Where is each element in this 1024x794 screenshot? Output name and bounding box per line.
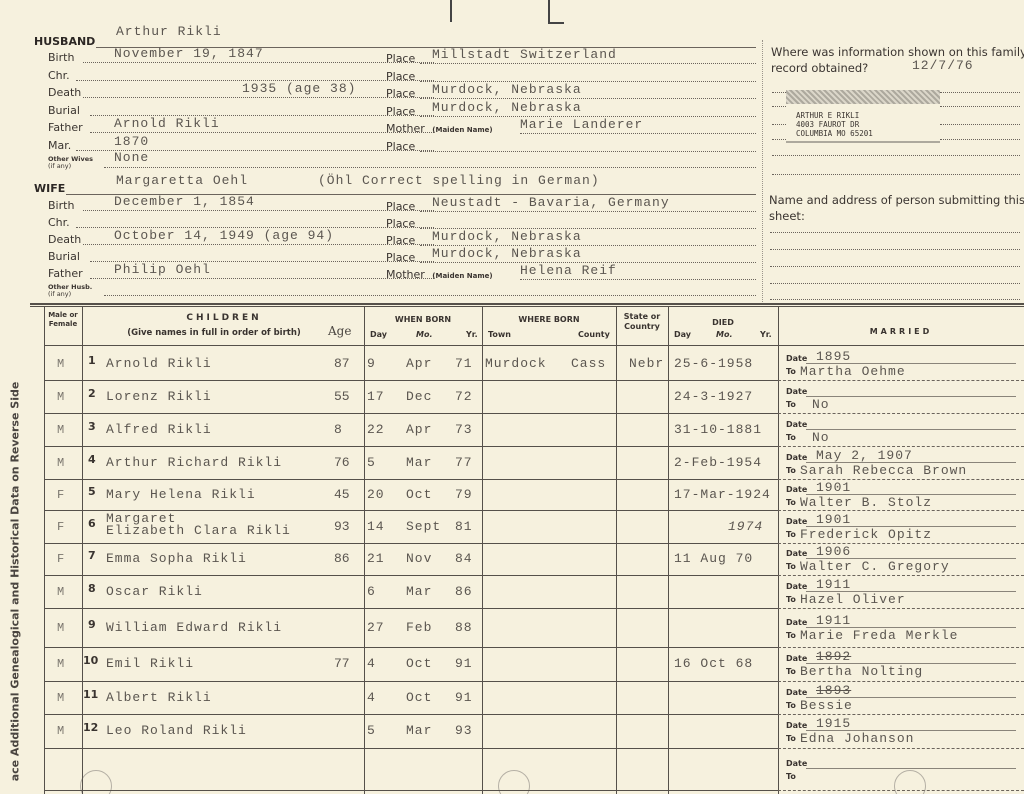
husband-place-value[interactable]: Marie Landerer [520,117,643,132]
header-where-born: WHERE BORN [482,315,616,325]
child-age[interactable]: 86 [334,551,350,566]
born-day[interactable]: 21 [367,551,385,566]
header-born-mo: Mo. [416,330,433,340]
born-day[interactable]: 17 [367,389,385,404]
address-stamp: ARTHUR E RIKLI 4003 FAUROT DR COLUMBIA M… [796,111,873,138]
child-number: 2 [88,387,96,400]
married-date[interactable]: 1906 [816,544,851,559]
header-died: DIED [668,318,778,328]
child-number: 3 [88,420,96,433]
child-sex[interactable]: M [57,456,65,470]
husband-field-label: Father [48,121,83,134]
child-age[interactable]: 87 [334,356,350,371]
married-to-label: To [786,631,796,640]
born-day[interactable]: 9 [367,356,376,371]
submitter-label: Name and address of person submitting th… [769,192,1024,224]
born-year[interactable]: 72 [455,389,473,404]
child-name[interactable]: Alfred Rikli [106,422,212,437]
died-date[interactable]: 16 Oct 68 [674,656,753,671]
child-sex[interactable]: F [57,520,65,534]
child-number: 1 [88,354,96,367]
born-month[interactable]: Oct [406,487,432,502]
child-sex[interactable]: F [57,488,65,502]
child-number: 4 [88,453,96,466]
child-number: 11 [83,688,98,701]
married-date-label: Date [786,387,807,396]
born-month[interactable]: Oct [406,690,432,705]
married-to[interactable]: Walter C. Gregory [800,559,950,574]
married-to-label: To [786,772,796,781]
header-town: Town [488,330,511,340]
born-day[interactable]: 14 [367,519,385,534]
child-name[interactable]: Oscar Rikli [106,584,203,599]
child-name[interactable]: Mary Helena Rikli [106,487,256,502]
married-to-label: To [786,498,796,507]
address-stamp-ornament [786,90,940,104]
husband-place-label: Place [386,87,415,100]
header-age: Age [328,324,351,338]
wife-place-label: Place [386,234,415,247]
wife-field-value[interactable]: October 14, 1949 (age 94) [114,228,334,243]
header-children: CHILDREN [84,313,364,323]
born-town[interactable]: Murdock [485,356,547,371]
married-date-label: Date [786,582,807,591]
married-to[interactable]: Bessie [800,698,853,713]
born-day[interactable]: 22 [367,422,385,437]
child-number: 12 [83,721,98,734]
married-date-label: Date [786,688,807,697]
husband-place-label: Place [386,140,415,153]
married-to[interactable]: No [812,430,830,445]
died-date[interactable]: 24-3-1927 [674,389,753,404]
married-to[interactable]: Marie Freda Merkle [800,628,958,643]
married-date-label: Date [786,721,807,730]
husband-field-label: Burial [48,104,80,117]
child-name[interactable]: Emma Sopha Rikli [106,551,247,566]
husband-other-label: Other Wives(if any) [48,156,93,170]
born-month[interactable]: Apr [406,356,432,371]
child-age[interactable]: 55 [334,389,350,404]
born-year[interactable]: 84 [455,551,473,566]
married-date-label: Date [786,420,807,429]
husband-place-label: Place [386,105,415,118]
header-county: County [578,330,610,340]
born-month[interactable]: Mar [406,455,432,470]
wife-field-label: Birth [48,199,74,212]
born-year[interactable]: 86 [455,584,473,599]
died-date[interactable]: 1974 [728,519,763,534]
child-number: 8 [88,582,96,595]
husband-other-value[interactable]: None [114,150,149,165]
husband-field-label: Death [48,86,81,99]
header-state: State or Country [616,312,668,332]
header-sex: Male or Female [44,311,82,329]
child-number: 7 [88,549,96,562]
born-month[interactable]: Sept [406,519,441,534]
married-to-label: To [786,367,796,376]
married-date[interactable]: 1911 [816,577,851,592]
wife-place-label: Place [386,200,415,213]
child-number: 9 [88,618,96,631]
husband-name[interactable]: Arthur Rikli [116,24,222,39]
married-to-label: To [786,667,796,676]
born-day[interactable]: 6 [367,584,376,599]
wife-place-value[interactable]: Murdock, Nebraska [432,246,582,261]
child-number: 10 [83,654,98,667]
child-name[interactable]: Elizabeth Clara Rikli [106,523,291,538]
header-married: MARRIED [778,327,1024,337]
born-day[interactable]: 20 [367,487,385,502]
married-date[interactable]: May 2, 1907 [816,448,913,463]
died-date[interactable]: 25-6-1958 [674,356,753,371]
husband-field-label: Mar. [48,139,71,152]
header-died-day: Day [674,330,691,340]
child-sex[interactable]: M [57,657,65,671]
wife-place-label: Place [386,251,415,264]
born-year[interactable]: 79 [455,487,473,502]
husband-field-value[interactable]: Arnold Rikli [114,116,220,131]
wife-name-note: (Öhl Correct spelling in German) [318,173,600,188]
born-month[interactable]: Mar [406,723,432,738]
married-to-label: To [786,595,796,604]
married-to[interactable]: Walter B. Stolz [800,495,932,510]
born-day[interactable]: 5 [367,723,376,738]
married-date-label: Date [786,549,807,558]
child-age[interactable]: 77 [334,656,350,671]
child-name[interactable]: Emil Rikli [106,656,194,671]
header-born-day: Day [370,330,387,340]
born-year[interactable]: 88 [455,620,473,635]
info-answer[interactable]: 12/7/76 [912,58,974,73]
married-to[interactable]: No [812,397,830,412]
wife-place-value[interactable]: Helena Reif [520,263,617,278]
born-day[interactable]: 4 [367,690,376,705]
born-year[interactable]: 91 [455,690,473,705]
wife-place-value[interactable]: Neustadt - Bavaria, Germany [432,195,670,210]
died-date[interactable]: 31-10-1881 [674,422,762,437]
husband-field-value[interactable]: 1870 [114,134,149,149]
header-died-yr: Yr. [760,330,772,340]
married-to-label: To [786,734,796,743]
child-name[interactable]: Albert Rikli [106,690,212,705]
husband-field-value[interactable]: November 19, 1847 [114,46,264,61]
born-month[interactable]: Dec [406,389,432,404]
married-date-label: Date [786,654,807,663]
child-age[interactable]: 45 [334,487,350,502]
married-to-label: To [786,701,796,710]
child-age[interactable]: 93 [334,519,350,534]
child-name[interactable]: William Edward Rikli [106,620,282,635]
child-sex[interactable]: M [57,390,65,404]
header-died-mo: Mo. [716,330,733,340]
died-date[interactable]: 17-Mar-1924 [674,487,771,502]
husband-place-label: Mother (Maiden Name) [386,122,493,135]
header-when-born: WHEN BORN [364,315,482,325]
child-sex[interactable]: M [57,691,65,705]
wife-place-label: Place [386,217,415,230]
husband-field-label: Chr. [48,69,70,82]
child-sex[interactable]: M [57,585,65,599]
married-to[interactable]: Edna Johanson [800,731,914,746]
husband-place-label: Place [386,52,415,65]
child-name[interactable]: Leo Roland Rikli [106,723,247,738]
married-date-label: Date [786,517,807,526]
born-month[interactable]: Oct [406,656,432,671]
married-to-label: To [786,433,796,442]
wife-field-label: Chr. [48,216,70,229]
born-day[interactable]: 5 [367,455,376,470]
born-year[interactable]: 91 [455,656,473,671]
married-to-label: To [786,530,796,539]
header-children-sub: (Give names in full in order of birth) [84,328,344,338]
wife-field-value[interactable]: December 1, 1854 [114,194,255,209]
born-year[interactable]: 93 [455,723,473,738]
married-to[interactable]: Bertha Nolting [800,664,923,679]
child-name[interactable]: Arthur Richard Rikli [106,455,282,470]
wife-place-label: Mother (Maiden Name) [386,268,493,281]
husband-field-label: Birth [48,51,74,64]
born-state[interactable]: Nebr [629,356,664,371]
born-county[interactable]: Cass [571,356,606,371]
born-year[interactable]: 77 [455,455,473,470]
child-sex[interactable]: F [57,552,65,566]
wife-label: WIFE [34,182,65,195]
child-sex[interactable]: M [57,423,65,437]
married-date[interactable]: 1892 [816,649,851,664]
child-name[interactable]: Lorenz Rikli [106,389,212,404]
born-month[interactable]: Mar [406,584,432,599]
fold-mark [548,0,564,24]
born-year[interactable]: 73 [455,422,473,437]
born-month[interactable]: Feb [406,620,432,635]
born-day[interactable]: 27 [367,620,385,635]
married-to-label: To [786,562,796,571]
born-month[interactable]: Apr [406,422,432,437]
died-date[interactable]: 11 Aug 70 [674,551,753,566]
fold-mark [447,0,452,22]
wife-field-label: Burial [48,250,80,263]
married-date[interactable]: 1895 [816,349,851,364]
married-to[interactable]: Martha Oehme [800,364,906,379]
husband-place-label: Place [386,70,415,83]
child-number: 6 [88,517,96,530]
husband-field-value[interactable]: 1935 (age 38) [242,81,356,96]
married-to-label: To [786,400,796,409]
side-note: ace Additional Genealogical and Historic… [9,377,22,787]
husband-place-value[interactable]: Millstadt Switzerland [432,47,617,62]
child-name[interactable]: Arnold Rikli [106,356,212,371]
wife-name[interactable]: Margaretta Oehl [116,173,248,188]
child-number: 5 [88,485,96,498]
stamp-line: ARTHUR E RIKLI [796,111,873,120]
header-born-yr: Yr. [466,330,478,340]
married-date[interactable]: 1915 [816,716,851,731]
married-date-label: Date [786,759,807,768]
married-date-label: Date [786,354,807,363]
husband-place-value[interactable]: Murdock, Nebraska [432,82,582,97]
info-question: Where was information shown on this fami… [771,44,1024,76]
died-date[interactable]: 2-Feb-1954 [674,455,762,470]
child-sex[interactable]: M [57,724,65,738]
married-date[interactable]: 1901 [816,480,851,495]
married-date[interactable]: 1893 [816,683,851,698]
married-date-label: Date [786,485,807,494]
stamp-line: 4003 FAUROT DR [796,120,873,129]
married-date-label: Date [786,453,807,462]
married-date-label: Date [786,618,807,627]
married-date[interactable]: 1911 [816,613,851,628]
wife-field-value[interactable]: Philip Oehl [114,262,211,277]
husband-place-value[interactable]: Murdock, Nebraska [432,100,582,115]
married-to[interactable]: Sarah Rebecca Brown [800,463,967,478]
married-to[interactable]: Frederick Opitz [800,527,932,542]
child-age[interactable]: 8 [334,422,342,437]
husband-label: HUSBAND [34,35,95,48]
born-month[interactable]: Nov [406,551,432,566]
wife-field-label: Father [48,267,83,280]
born-day[interactable]: 4 [367,656,376,671]
married-to-label: To [786,466,796,475]
born-year[interactable]: 81 [455,519,473,534]
wife-place-value[interactable]: Murdock, Nebraska [432,229,582,244]
child-sex[interactable]: M [57,621,65,635]
stamp-line: COLUMBIA MO 65201 [796,129,873,138]
child-sex[interactable]: M [57,357,65,371]
child-age[interactable]: 76 [334,455,350,470]
born-year[interactable]: 71 [455,356,473,371]
married-date[interactable]: 1901 [816,512,851,527]
wife-other-label: Other Husb.(if any) [48,284,92,298]
wife-field-label: Death [48,233,81,246]
married-to[interactable]: Hazel Oliver [800,592,906,607]
